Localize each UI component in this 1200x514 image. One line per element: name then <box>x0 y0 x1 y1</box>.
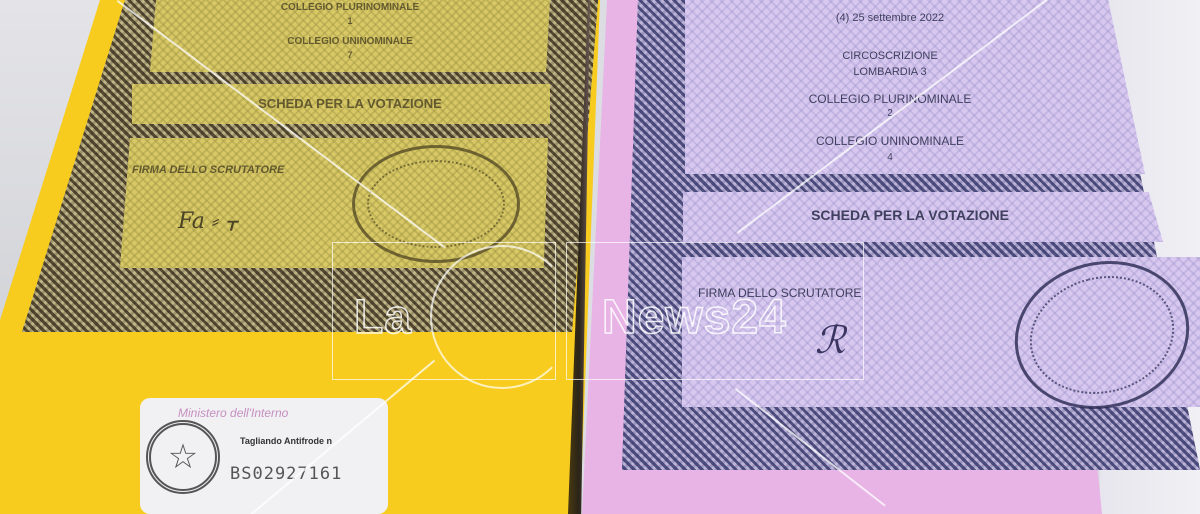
ballots-photo: COLLEGIO PLURINOMINALE 1 COLLEGIO UNINOM… <box>0 0 1200 514</box>
yellow-header-line: 1 <box>240 16 460 26</box>
yellow-header-line: COLLEGIO UNINOMINALE <box>240 36 460 47</box>
yellow-signature: Fa ⸗ ᚁ <box>178 208 237 234</box>
antifraud-tag-label: Tagliando Antifrode n <box>240 436 332 446</box>
antifraud-label: Ministero dell'Interno ☆ Tagliando Antif… <box>140 398 388 514</box>
yellow-signature-label: FIRMA DELLO SCRUTATORE <box>132 164 284 176</box>
pink-header-line: LOMBARDIA 3 <box>780 66 1000 78</box>
ministry-name: Ministero dell'Interno <box>178 406 288 420</box>
watermark-text-la: La <box>354 290 412 345</box>
pink-header-line: COLLEGIO UNINOMINALE <box>760 134 1020 148</box>
yellow-header-line: COLLEGIO PLURINOMINALE <box>240 2 460 13</box>
watermark-text-news24: News24 <box>602 290 787 345</box>
watermark-c-logo-icon <box>430 245 574 389</box>
antifraud-code: BS02927161 <box>230 464 342 484</box>
yellow-header-line: 7 <box>240 50 460 60</box>
italian-emblem-icon: ☆ <box>146 420 220 494</box>
pink-date-line: (4) 25 settembre 2022 <box>780 12 1000 24</box>
pink-header-line: COLLEGIO PLURINOMINALE <box>760 92 1020 106</box>
pink-ballot-title: SCHEDA PER LA VOTAZIONE <box>760 207 1060 223</box>
pink-header-line: 4 <box>780 152 1000 163</box>
